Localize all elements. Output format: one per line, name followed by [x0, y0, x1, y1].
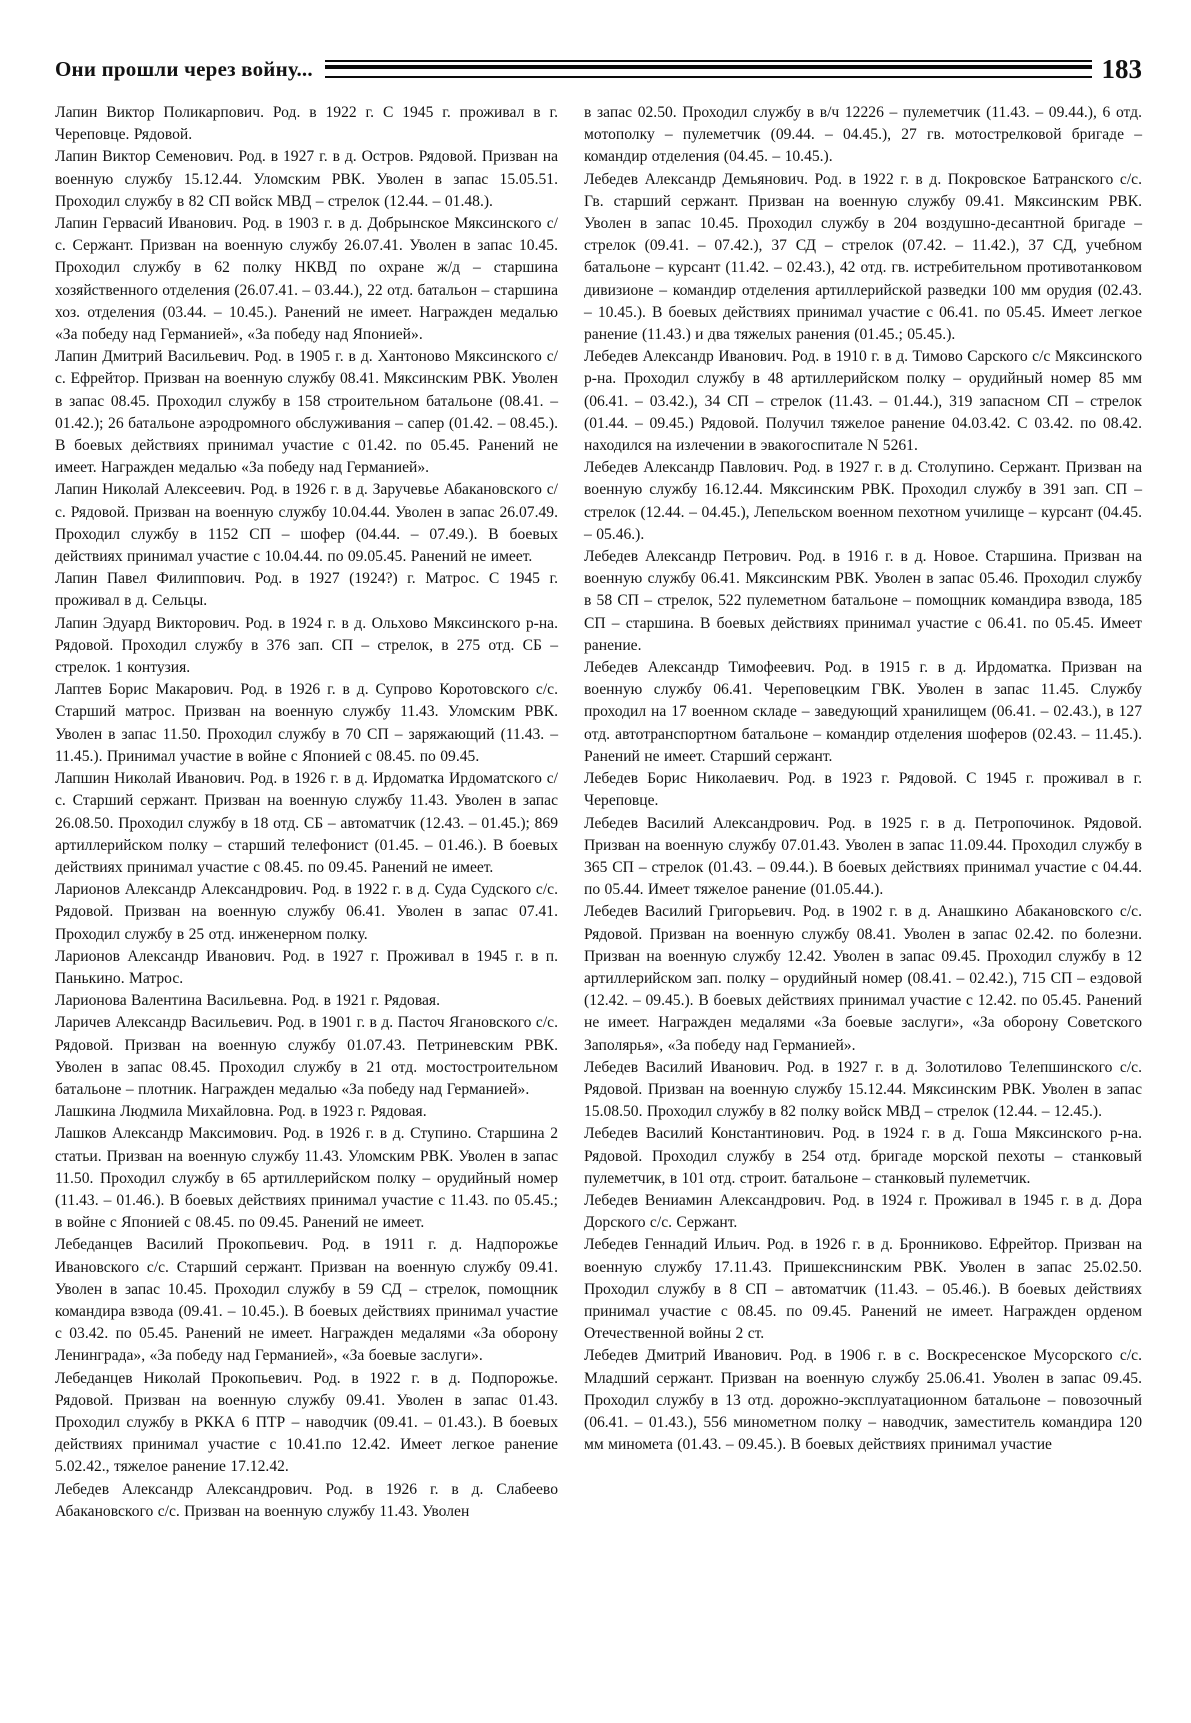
entry-paragraph: Лебедев Александр Петрович. Род. в 1916 …: [584, 546, 1142, 657]
left-column: Лапин Виктор Поликарпович. Род. в 1922 г…: [55, 102, 558, 1523]
entry-paragraph: Ларионов Александр Александрович. Род. в…: [55, 879, 558, 946]
entry-paragraph: Ларичев Александр Васильевич. Род. в 190…: [55, 1012, 558, 1101]
entry-paragraph: Лебедев Александр Александрович. Род. в …: [55, 1479, 558, 1523]
entry-paragraph: Лебедев Александр Демьянович. Род. в 192…: [584, 169, 1142, 347]
entry-paragraph: Лебедев Василий Григорьевич. Род. в 1902…: [584, 901, 1142, 1056]
entry-paragraph: Лебедев Александр Иванович. Род. в 1910 …: [584, 346, 1142, 457]
entry-paragraph: в запас 02.50. Проходил службу в в/ч 122…: [584, 102, 1142, 169]
text-columns: Лапин Виктор Поликарпович. Род. в 1922 г…: [55, 102, 1142, 1523]
entry-paragraph: Лапин Виктор Семенович. Род. в 1927 г. в…: [55, 146, 558, 213]
entry-paragraph: Лебедев Александр Тимофеевич. Род. в 191…: [584, 657, 1142, 768]
entry-paragraph: Лебедев Вениамин Александрович. Род. в 1…: [584, 1190, 1142, 1234]
running-title: Они прошли через войну...: [55, 57, 313, 82]
entry-paragraph: Ларионова Валентина Васильевна. Род. в 1…: [55, 990, 558, 1012]
entry-paragraph: Лапин Гервасий Иванович. Род. в 1903 г. …: [55, 213, 558, 346]
entry-paragraph: Лебедев Геннадий Ильич. Род. в 1926 г. в…: [584, 1234, 1142, 1345]
entry-paragraph: Лебедев Василий Иванович. Род. в 1927 г.…: [584, 1057, 1142, 1124]
header-rule: [325, 60, 1092, 78]
entry-paragraph: Лапин Николай Алексеевич. Род. в 1926 г.…: [55, 479, 558, 568]
entry-paragraph: Лаптев Борис Макарович. Род. в 1926 г. в…: [55, 679, 558, 768]
entry-paragraph: Лашков Александр Максимович. Род. в 1926…: [55, 1123, 558, 1234]
book-page: Они прошли через войну... 183 Лапин Викт…: [0, 0, 1191, 1723]
page-number: 183: [1102, 56, 1143, 83]
entry-paragraph: Лебедев Александр Павлович. Род. в 1927 …: [584, 457, 1142, 546]
entry-paragraph: Лапин Дмитрий Васильевич. Род. в 1905 г.…: [55, 346, 558, 479]
entry-paragraph: Лебедев Дмитрий Иванович. Род. в 1906 г.…: [584, 1345, 1142, 1456]
entry-paragraph: Лапин Виктор Поликарпович. Род. в 1922 г…: [55, 102, 558, 146]
entry-paragraph: Лебедев Борис Николаевич. Род. в 1923 г.…: [584, 768, 1142, 812]
entry-paragraph: Лапин Эдуард Викторович. Род. в 1924 г. …: [55, 613, 558, 680]
entry-paragraph: Лашкина Людмила Михайловна. Род. в 1923 …: [55, 1101, 558, 1123]
entry-paragraph: Лебеданцев Николай Прокопьевич. Род. в 1…: [55, 1368, 558, 1479]
entry-paragraph: Лебедев Василий Александрович. Род. в 19…: [584, 813, 1142, 902]
page-header: Они прошли через войну... 183: [55, 52, 1142, 86]
entry-paragraph: Ларионов Александр Иванович. Род. в 1927…: [55, 946, 558, 990]
right-column: в запас 02.50. Проходил службу в в/ч 122…: [584, 102, 1142, 1456]
entry-paragraph: Лебедев Василий Константинович. Род. в 1…: [584, 1123, 1142, 1190]
entry-paragraph: Лебеданцев Василий Прокопьевич. Род. в 1…: [55, 1234, 558, 1367]
entry-paragraph: Лапин Павел Филиппович. Род. в 1927 (192…: [55, 568, 558, 612]
entry-paragraph: Лапшин Николай Иванович. Род. в 1926 г. …: [55, 768, 558, 879]
